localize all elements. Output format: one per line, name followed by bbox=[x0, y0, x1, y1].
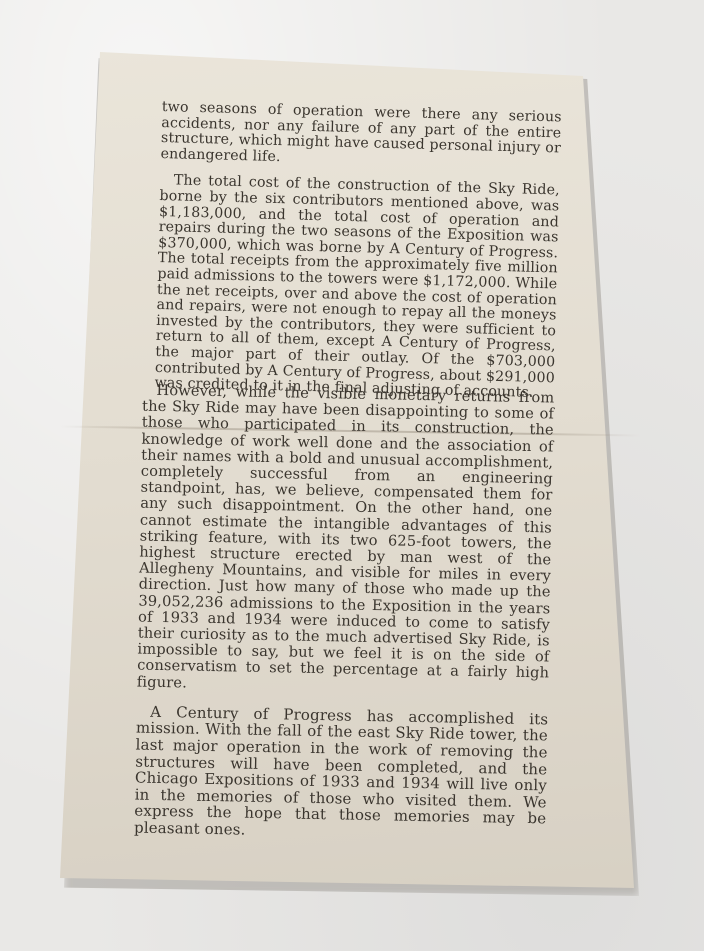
paragraph-intangible-advantages: However, while the visible monetary retu… bbox=[137, 383, 555, 699]
paragraph-safety-record: two seasons of operation were there any … bbox=[160, 100, 561, 173]
page-text-lower: However, while the visible monetary retu… bbox=[134, 383, 555, 857]
paragraph-costs-and-receipts: The total cost of the construction of th… bbox=[154, 173, 560, 402]
page-text: two seasons of operation were there any … bbox=[154, 100, 562, 412]
paragraph-mission-accomplished: A Century of Progress has accomplished i… bbox=[134, 703, 548, 844]
